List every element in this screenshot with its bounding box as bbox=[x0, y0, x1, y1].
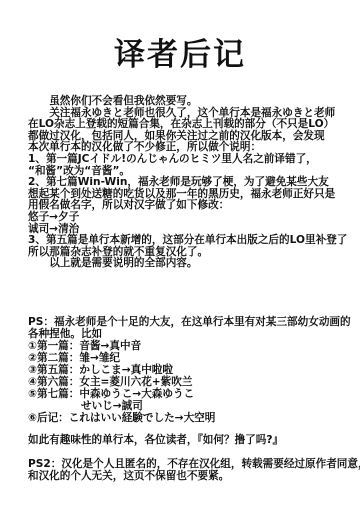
afterword-page: 译者后记 虽然你们不会看但我依然要写。 关注福永ゆきと老师也很久了，这个单行本是… bbox=[0, 0, 360, 514]
conclusion-line: 如此有趣味性的单行本，各位读者，『如何？撸了吗?』 bbox=[28, 434, 338, 446]
conclusion-section: 如此有趣味性的单行本，各位读者，『如何？撸了吗?』 bbox=[0, 434, 360, 446]
intro-section: 虽然你们不会看但我依然要写。 关注福永ゆきと老师也很久了，这个单行本是福永ゆきと… bbox=[0, 96, 360, 270]
text-line: 1、第一篇JCイドル!のんじゃんのヒミツ里人名之前译错了， bbox=[28, 154, 338, 166]
reference-item: ③第五篇：かしこま→真中啦啦 bbox=[28, 364, 338, 376]
name-change-line: 悠子→夕子 bbox=[28, 212, 338, 224]
reference-item: ⑥后记：これはいい経験でした→大空明 bbox=[28, 412, 338, 424]
reference-item: ④第六篇：女主=菱川六花+紫吹兰 bbox=[28, 376, 338, 388]
reference-item: ⑤第七篇：中森ゆうこ→大森ゆうこ bbox=[28, 388, 338, 400]
page-title: 译者后记 bbox=[0, 0, 360, 72]
reference-item-continuation: せいじ→誠司 bbox=[28, 400, 338, 412]
text-line: 虽然你们不会看但我依然要写。 bbox=[28, 96, 338, 108]
text-line: 和汉化的个人无关，这页不保留也不要紧。 bbox=[28, 470, 338, 482]
text-line: 以上就是需要说明的全部内容。 bbox=[28, 258, 338, 270]
ps-section: PS：福永老师是个十足的大友，在这单行本里有对某三部幼女动画的 各种捏他。比如 … bbox=[0, 316, 360, 424]
reference-item: ①第一篇：音酱→真中音 bbox=[28, 340, 338, 352]
text-line: PS：福永老师是个十足的大友，在这单行本里有对某三部幼女动画的 bbox=[28, 316, 338, 328]
ps2-section: PS2：汉化是个人且匿名的，不存在汉化组，转载需要经过原作者同意， 和汉化的个人… bbox=[0, 458, 360, 482]
text-line: PS2：汉化是个人且匿名的，不存在汉化组，转载需要经过原作者同意， bbox=[28, 458, 338, 470]
reference-item: ②第二篇：雏→雏纪 bbox=[28, 352, 338, 364]
text-line: 各种捏他。比如 bbox=[28, 328, 338, 340]
